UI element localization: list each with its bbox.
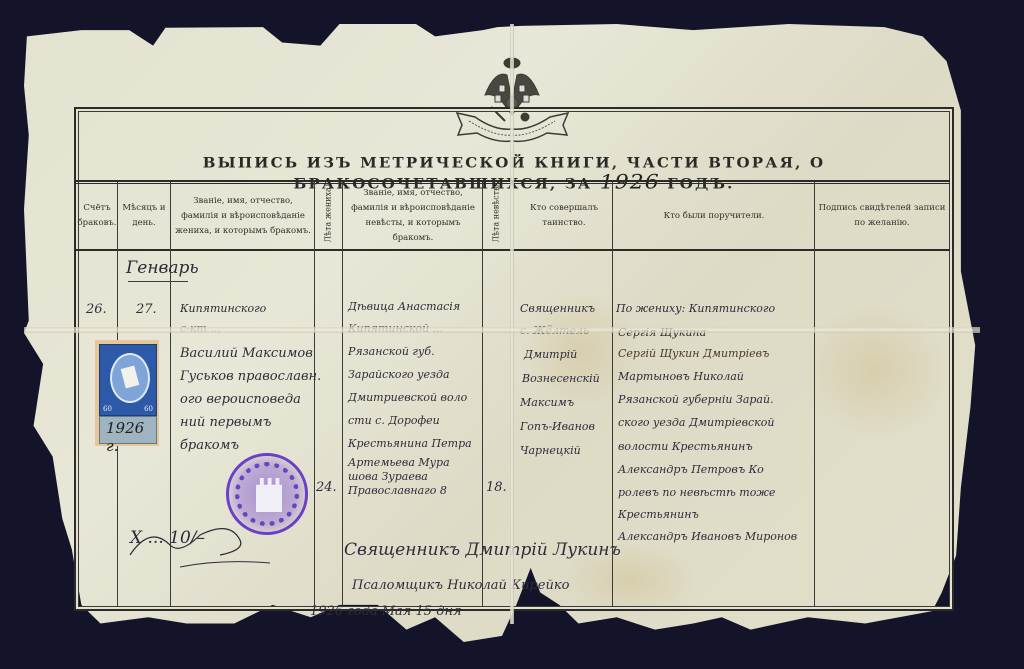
bride-line: Дмитриевской воло [348,391,467,404]
guarantor-line: ролевъ по невѣстѣ тоже [618,486,775,499]
col-header-officiant: Кто совершалъ таинство. [520,186,608,246]
col-header-bride: Званіе, имя, отчество, фамилія и вѣроисп… [346,186,480,246]
col-header-guarantors: Кто были поручители. [616,186,812,246]
stamp-denomination: 60 [144,405,153,413]
guarantor-line: Крестьянинъ [618,508,699,521]
officiant-line: Гопъ-Иванов [520,420,595,433]
guarantor-line: Мартыновъ Николай [618,370,744,383]
guarantor-line: По жениху: Кипятинского [616,302,775,315]
col-header-witnesses: Подпись свидѣтелей записи по желанію. [818,186,946,246]
guarantor-line: ского уезда Дмитріевской [618,416,774,429]
bride-age: 18. [486,480,507,495]
bride-line: Крестьянина Петра [348,437,472,450]
officiant-line: Вознесенскій [522,372,600,385]
bride-line: Православнаго 8 [348,484,447,497]
stamp-face: 60 60 [99,344,157,416]
groom-line: Василий Максимов [180,346,313,361]
groom-line: Кипятинского [180,302,266,315]
revenue-stamp: 60 60 1926 г. [95,340,159,446]
guarantor-line: Рязанской губерніи Зарай. [618,393,774,406]
col-header-groom-age: Лѣта жениха. [324,183,333,243]
col-header-groom: Званіе, имя, отчество, фамилія и вѣроисп… [174,186,312,246]
stamp-oval [110,353,150,403]
document-date: 1926 года Мая 15 дня [310,604,462,619]
officiant-line: Священникъ [520,302,595,315]
stamp-denomination: 60 [103,405,112,413]
officiant-line: Дмитрій [524,348,577,361]
stamp-overprint: 1926 г. [106,419,156,455]
col-divider [342,182,343,607]
bride-line: Зарайского уезда [348,368,450,381]
month-underline [128,281,188,282]
col-header-month-day: Мѣсяцъ и день. [119,186,169,246]
guarantor-line: волости Крестьянинъ [618,440,753,453]
col-header-count: Счётъ браковъ. [78,186,116,246]
guarantor-line: Александръ Ивановъ Миронов [618,530,797,543]
groom-line: ний первымъ [180,415,271,430]
stamp-overprint-field: 1926 г. [99,416,157,444]
bride-line: Рязанской губ. [348,345,435,358]
guarantor-line: Александръ Петровъ Ко [618,463,764,476]
horizontal-fold [24,327,980,333]
col-header-bride-age: Лѣта невѣсты. [492,183,501,243]
bride-line: Артемьева Мура [348,456,450,469]
bride-line: Дѣвица Анастасія [348,300,460,313]
signature-flourish [120,515,280,570]
col-divider [314,182,315,607]
guarantor-line: Сергій Щукин Дмитріевъ [618,347,769,360]
bride-line: сти с. Дорофеи [348,414,440,427]
groom-line: Гуськов православн. [180,369,321,384]
psalmist-signature: Псаломщикъ Николай Кирейко [352,578,569,593]
officiant-line: Максимъ [520,396,574,409]
priest-signature: Священникъ Дмитрій Лукинъ [344,540,621,560]
groom-line: бракомъ [180,438,239,453]
vertical-fold [510,24,514,624]
groom-age: 24. [316,480,337,495]
col-divider [814,182,815,607]
entry-day: 27. [136,302,157,317]
month-header: Генварь [126,258,199,278]
entry-count: 26. [86,302,107,317]
groom-line: ого вероисповеда [180,392,301,407]
officiant-line: Чарнецкій [520,444,581,457]
bride-line: шова Зураева [348,470,428,483]
